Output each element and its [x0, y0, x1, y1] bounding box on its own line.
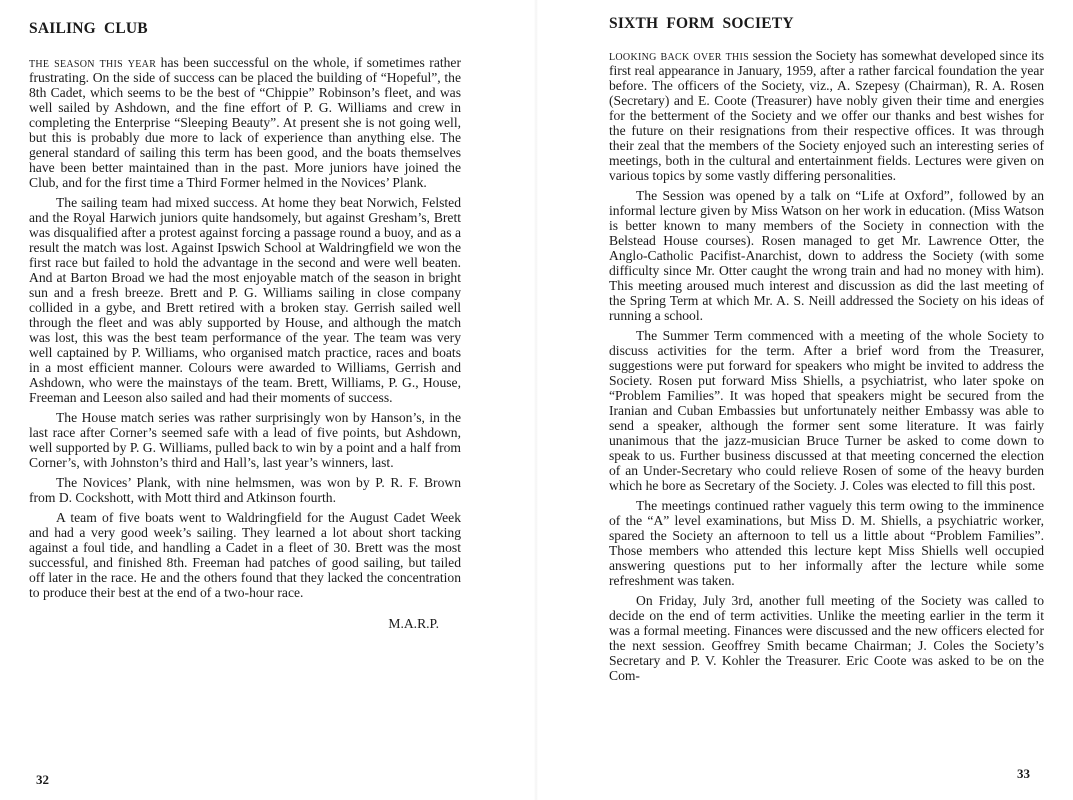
sixth-form-society-heading: SIXTH FORM SOCIETY: [609, 15, 1044, 33]
right-page: SIXTH FORM SOCIETY LOOKING BACK OVER THI…: [536, 0, 1073, 800]
page-number: 32: [36, 772, 49, 788]
paragraph-text: session the Society has somewhat develop…: [609, 48, 1044, 183]
sailing-club-heading: SAILING CLUB: [29, 20, 461, 38]
paragraph: A team of five boats went to Waldringfie…: [29, 510, 461, 600]
page-number: 33: [1017, 766, 1030, 782]
paragraph: The sailing team had mixed success. At h…: [29, 195, 461, 405]
paragraph: On Friday, July 3rd, another full meetin…: [609, 593, 1044, 683]
paragraph: THE SEASON THIS YEAR has been successful…: [29, 55, 461, 190]
paragraph: The Session was opened by a talk on “Lif…: [609, 188, 1044, 323]
lead-in-small-caps: THE SEASON THIS YEAR: [29, 55, 156, 70]
paragraph: The Novices’ Plank, with nine helmsmen, …: [29, 475, 461, 505]
left-page-column: SAILING CLUB THE SEASON THIS YEAR has be…: [29, 20, 461, 632]
lead-in-small-caps: LOOKING BACK OVER THIS: [609, 48, 749, 63]
author-signature: M.A.R.P.: [29, 616, 461, 632]
left-page: SAILING CLUB THE SEASON THIS YEAR has be…: [0, 0, 536, 800]
right-page-column: SIXTH FORM SOCIETY LOOKING BACK OVER THI…: [609, 15, 1044, 688]
paragraph: The Summer Term commenced with a meeting…: [609, 328, 1044, 493]
paragraph: LOOKING BACK OVER THIS session the Socie…: [609, 48, 1044, 183]
paragraph: The House match series was rather surpri…: [29, 410, 461, 470]
paragraph: The meetings continued rather vaguely th…: [609, 498, 1044, 588]
paragraph-text: has been successful on the whole, if som…: [29, 55, 461, 190]
